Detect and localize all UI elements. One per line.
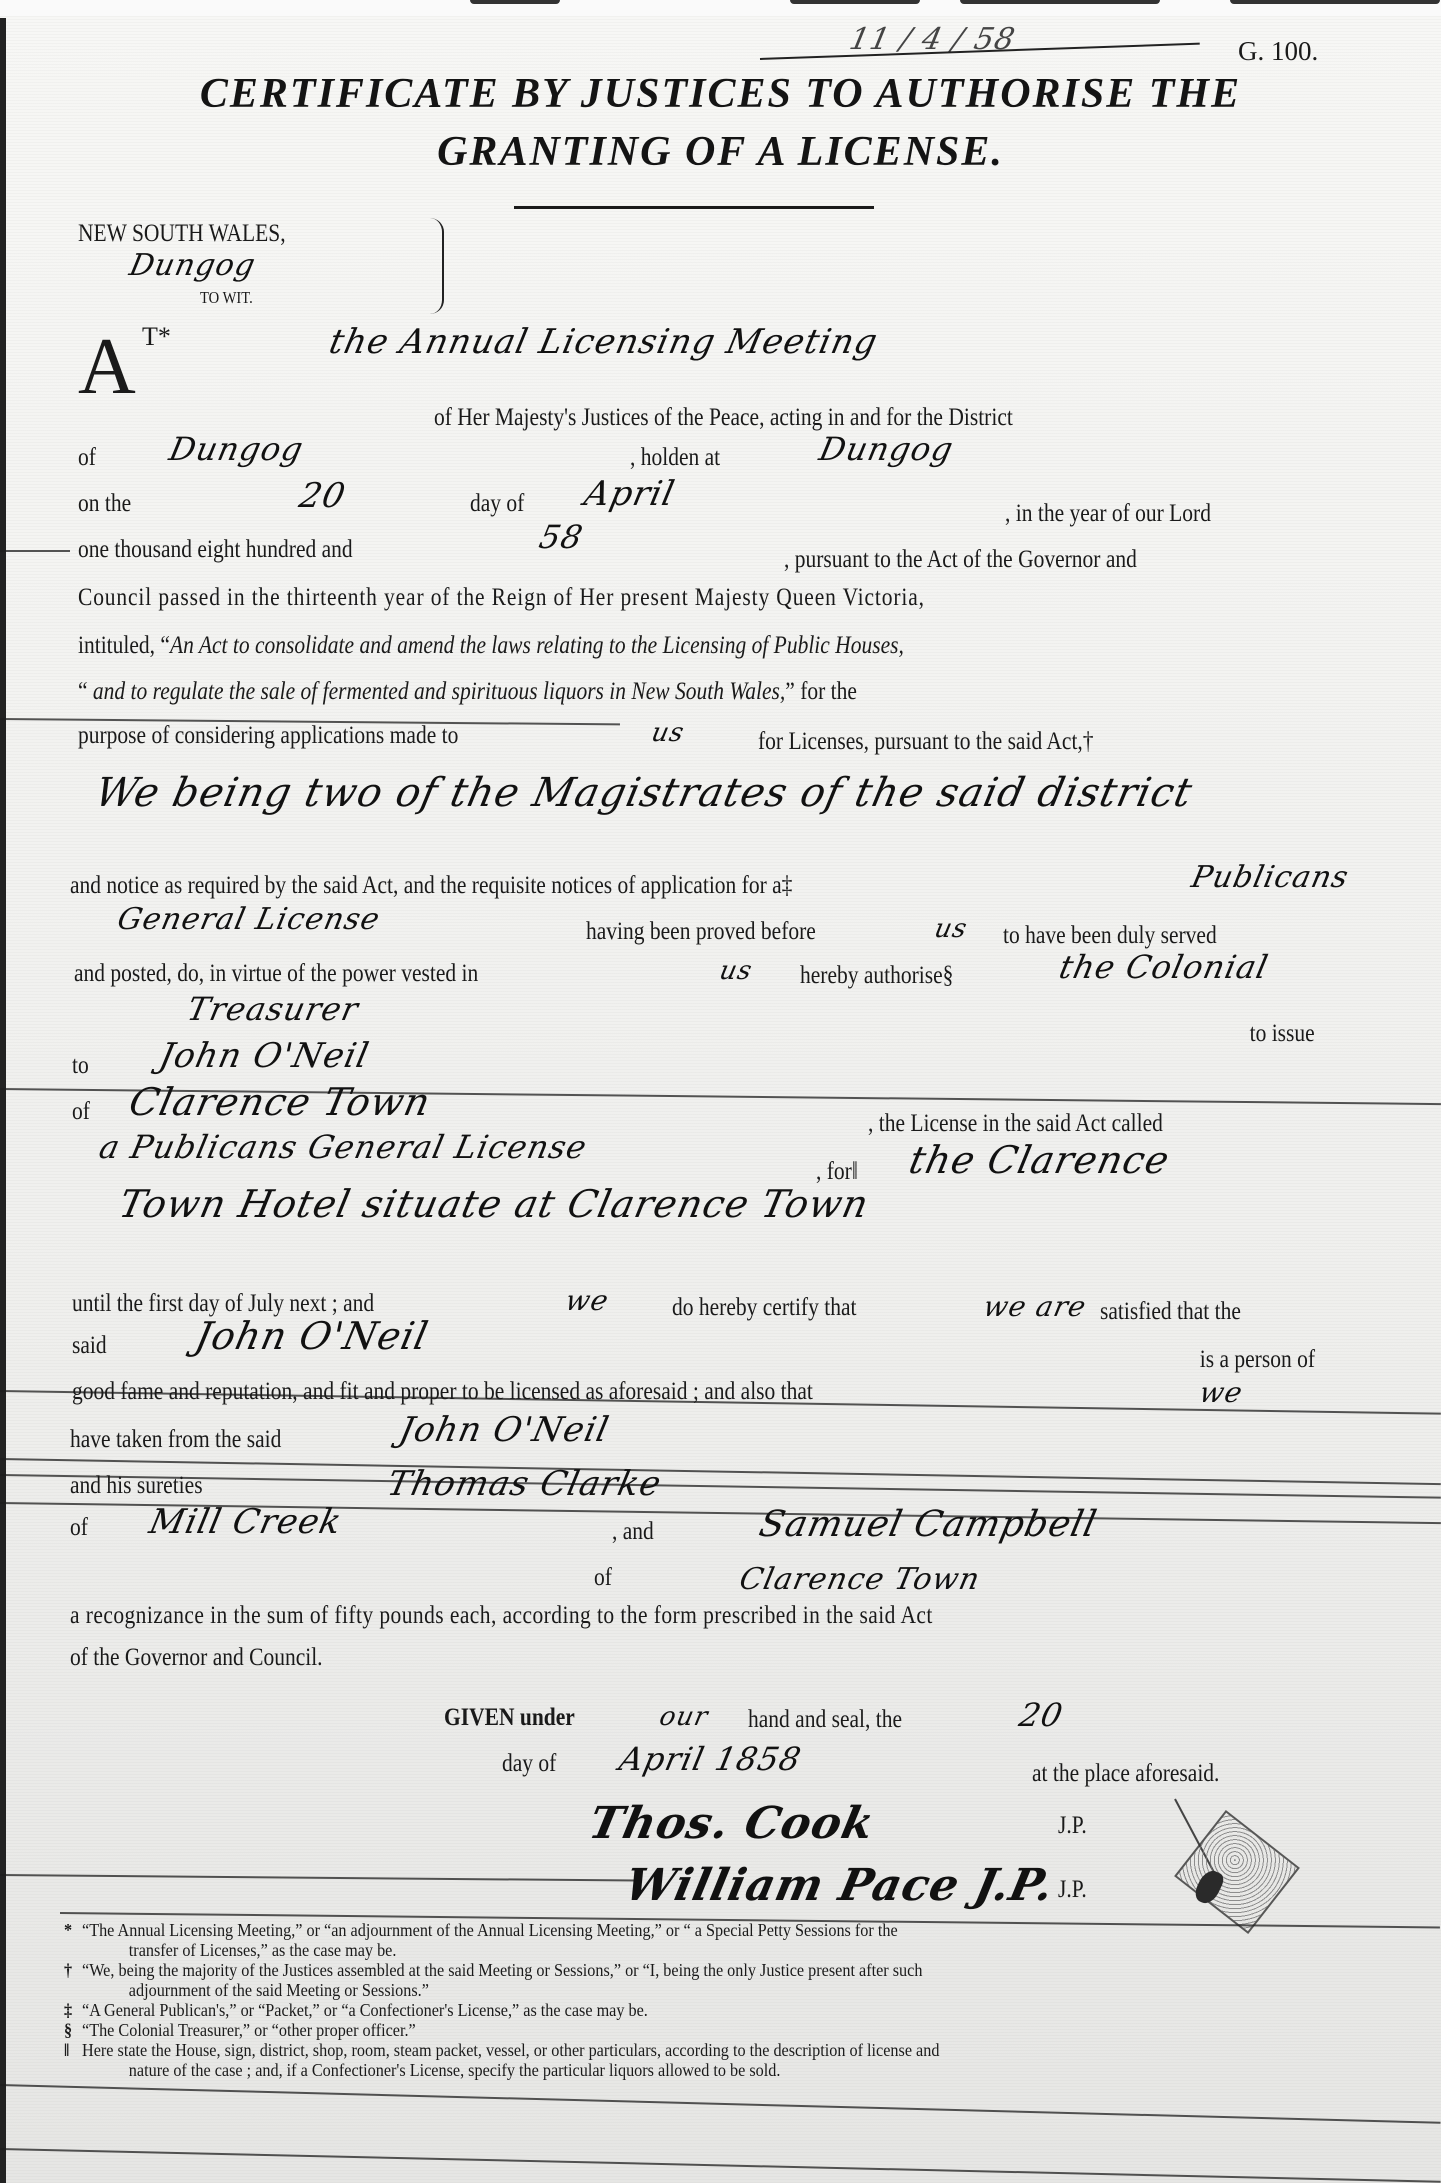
license-called-value: a Publicans General License xyxy=(96,1128,591,1166)
scan-line xyxy=(0,1874,640,1882)
purpose-value: us xyxy=(649,718,687,748)
and-label: , and xyxy=(612,1518,654,1546)
premises-value-1: the Clarence xyxy=(905,1138,1173,1182)
vested-value: us xyxy=(717,956,755,986)
of-label: of xyxy=(594,1564,612,1592)
said-value: John O'Neil xyxy=(191,1314,432,1358)
act-title-part-2: and to regulate the sale of fermented an… xyxy=(93,678,785,705)
year-value: 58 xyxy=(536,518,587,556)
scan-line xyxy=(0,550,70,552)
wax-seal xyxy=(1174,1810,1300,1934)
month-value: April xyxy=(581,474,679,514)
title-rule xyxy=(514,206,874,209)
day-value: 20 xyxy=(296,476,350,516)
certify-value: we are xyxy=(980,1290,1089,1323)
dropcap: A xyxy=(78,322,136,413)
act-title-line-2: “ and to regulate the sale of fermented … xyxy=(78,678,857,706)
proved-value: us xyxy=(932,914,970,944)
duly-served-label: to have been duly served xyxy=(1003,922,1217,950)
license-called-label: , the License in the said Act called xyxy=(868,1110,1163,1138)
until-value: we xyxy=(562,1284,612,1317)
surety1-name: Thomas Clarke xyxy=(384,1464,665,1504)
taken-from-label: have taken from the said xyxy=(70,1426,281,1454)
jp-label-1: J.P. xyxy=(1058,1812,1087,1840)
act-title-part-1: An Act to consolidate and amend the laws… xyxy=(170,632,904,659)
authorise-label: hereby authorise§ xyxy=(800,962,953,990)
said-label: said xyxy=(72,1332,107,1360)
footnote-item: * “The Annual Licensing Meeting,” or “an… xyxy=(64,1920,1333,1960)
to-wit-label: TO WIT. xyxy=(200,288,253,308)
licensee-name: John O'Neil xyxy=(156,1036,373,1076)
holden-at-label: , holden at xyxy=(630,444,720,472)
justices-line: of Her Majesty's Justices of the Peace, … xyxy=(434,404,1013,432)
license-type-value-2: General License xyxy=(114,902,383,937)
to-label: to xyxy=(72,1052,89,1080)
also-that-value: we xyxy=(1196,1376,1246,1409)
given-under-label: GIVEN under xyxy=(444,1704,575,1732)
on-the-label: on the xyxy=(78,490,131,518)
scan-line xyxy=(0,2084,1441,2124)
given-month-year: April 1858 xyxy=(616,1740,805,1778)
colony-label: NEW SOUTH WALES, xyxy=(78,220,286,248)
license-type-value-1: Publicans xyxy=(1188,860,1352,895)
taken-from-value: John O'Neil xyxy=(396,1410,613,1450)
signature-2: William Pace J.P. xyxy=(621,1860,1059,1911)
hand-seal-label: hand and seal, the xyxy=(748,1706,902,1734)
justices-statement: We being two of the Magistrates of the s… xyxy=(91,770,1197,816)
district-handwritten: Dungog xyxy=(126,248,259,283)
for-licenses-label: for Licenses, pursuant to the said Act,† xyxy=(758,728,1094,756)
council-line: Council passed in the thirteenth year of… xyxy=(78,584,925,612)
scan-line xyxy=(0,1474,1441,1499)
title-line-2: GRANTING OF A LICENSE. xyxy=(0,128,1441,176)
day-of-label: day of xyxy=(502,1750,556,1778)
scan-top-edge xyxy=(0,0,1441,16)
licensee-place: Clarence Town xyxy=(125,1080,434,1124)
thousand-label: one thousand eight hundred and xyxy=(78,536,353,564)
scan-line xyxy=(0,2148,1441,2183)
footnote-item: † “We, being the majority of the Justice… xyxy=(64,1960,1333,2000)
form-number: G. 100. xyxy=(1238,36,1318,67)
premises-value-2: Town Hotel situate at Clarence Town xyxy=(115,1182,873,1226)
footnote-item: ‡ “A General Publican's,” or “Packet,” o… xyxy=(64,2000,1333,2020)
good-fame-line: good fame and reputation, and fit and pr… xyxy=(72,1378,813,1406)
given-day: 20 xyxy=(1016,1696,1067,1734)
certificate-page: 11 / 4 / 58 G. 100. CERTIFICATE BY JUSTI… xyxy=(0,0,1441,2183)
act-title-line-1: intituled, “An Act to consolidate and am… xyxy=(78,632,904,660)
purpose-label: purpose of considering applications made… xyxy=(78,722,458,750)
scan-line xyxy=(0,1458,1441,1485)
officer-value-1: the Colonial xyxy=(1056,948,1272,986)
person-of-label: is a person of xyxy=(1200,1346,1315,1374)
pursuant-label: , pursuant to the Act of the Governor an… xyxy=(784,546,1137,574)
place-aforesaid-label: at the place aforesaid. xyxy=(1032,1760,1219,1788)
surety2-name: Samuel Campbell xyxy=(756,1504,1101,1545)
to-issue-label: to issue xyxy=(1250,1020,1315,1048)
posted-label: and posted, do, in virtue of the power v… xyxy=(74,960,478,988)
of-label: of xyxy=(78,444,96,472)
district-value: Dungog xyxy=(166,430,307,468)
footnote-item: § “The Colonial Treasurer,” or “other pr… xyxy=(64,2020,1333,2040)
meeting-handwritten: the Annual Licensing Meeting xyxy=(326,322,882,362)
dropcap-suffix: T* xyxy=(142,322,171,352)
surety1-place: Mill Creek xyxy=(146,1502,346,1542)
year-of-lord-label: , in the year of our Lord xyxy=(1005,500,1211,528)
footnote-item: ‖ Here state the House, sign, district, … xyxy=(64,2040,1333,2080)
signature-1: Thos. Cook xyxy=(585,1798,880,1849)
certify-label: do hereby certify that xyxy=(672,1294,856,1322)
title-line-1: CERTIFICATE BY JUSTICES TO AUTHORISE THE xyxy=(0,70,1441,118)
satisfied-label: satisfied that the xyxy=(1100,1298,1241,1326)
holden-at-value: Dungog xyxy=(816,430,957,468)
recognizance-line: a recognizance in the sum of fifty pound… xyxy=(70,1602,933,1630)
surety2-place: Clarence Town xyxy=(736,1562,983,1597)
of-label: of xyxy=(70,1514,88,1542)
officer-value-2: Treasurer xyxy=(184,990,362,1028)
notice-line: and notice as required by the said Act, … xyxy=(70,872,792,900)
given-value: our xyxy=(657,1702,711,1732)
brace-mark xyxy=(428,218,444,314)
scan-left-edge xyxy=(0,18,6,2183)
footnotes: * “The Annual Licensing Meeting,” or “an… xyxy=(64,1920,1314,2080)
proved-label: having been proved before xyxy=(586,918,816,946)
of-label: of xyxy=(72,1098,90,1126)
governor-line: of the Governor and Council. xyxy=(70,1644,323,1672)
day-of-label: day of xyxy=(470,490,524,518)
sureties-label: and his sureties xyxy=(70,1472,203,1500)
jp-label-2: J.P. xyxy=(1058,1876,1087,1904)
